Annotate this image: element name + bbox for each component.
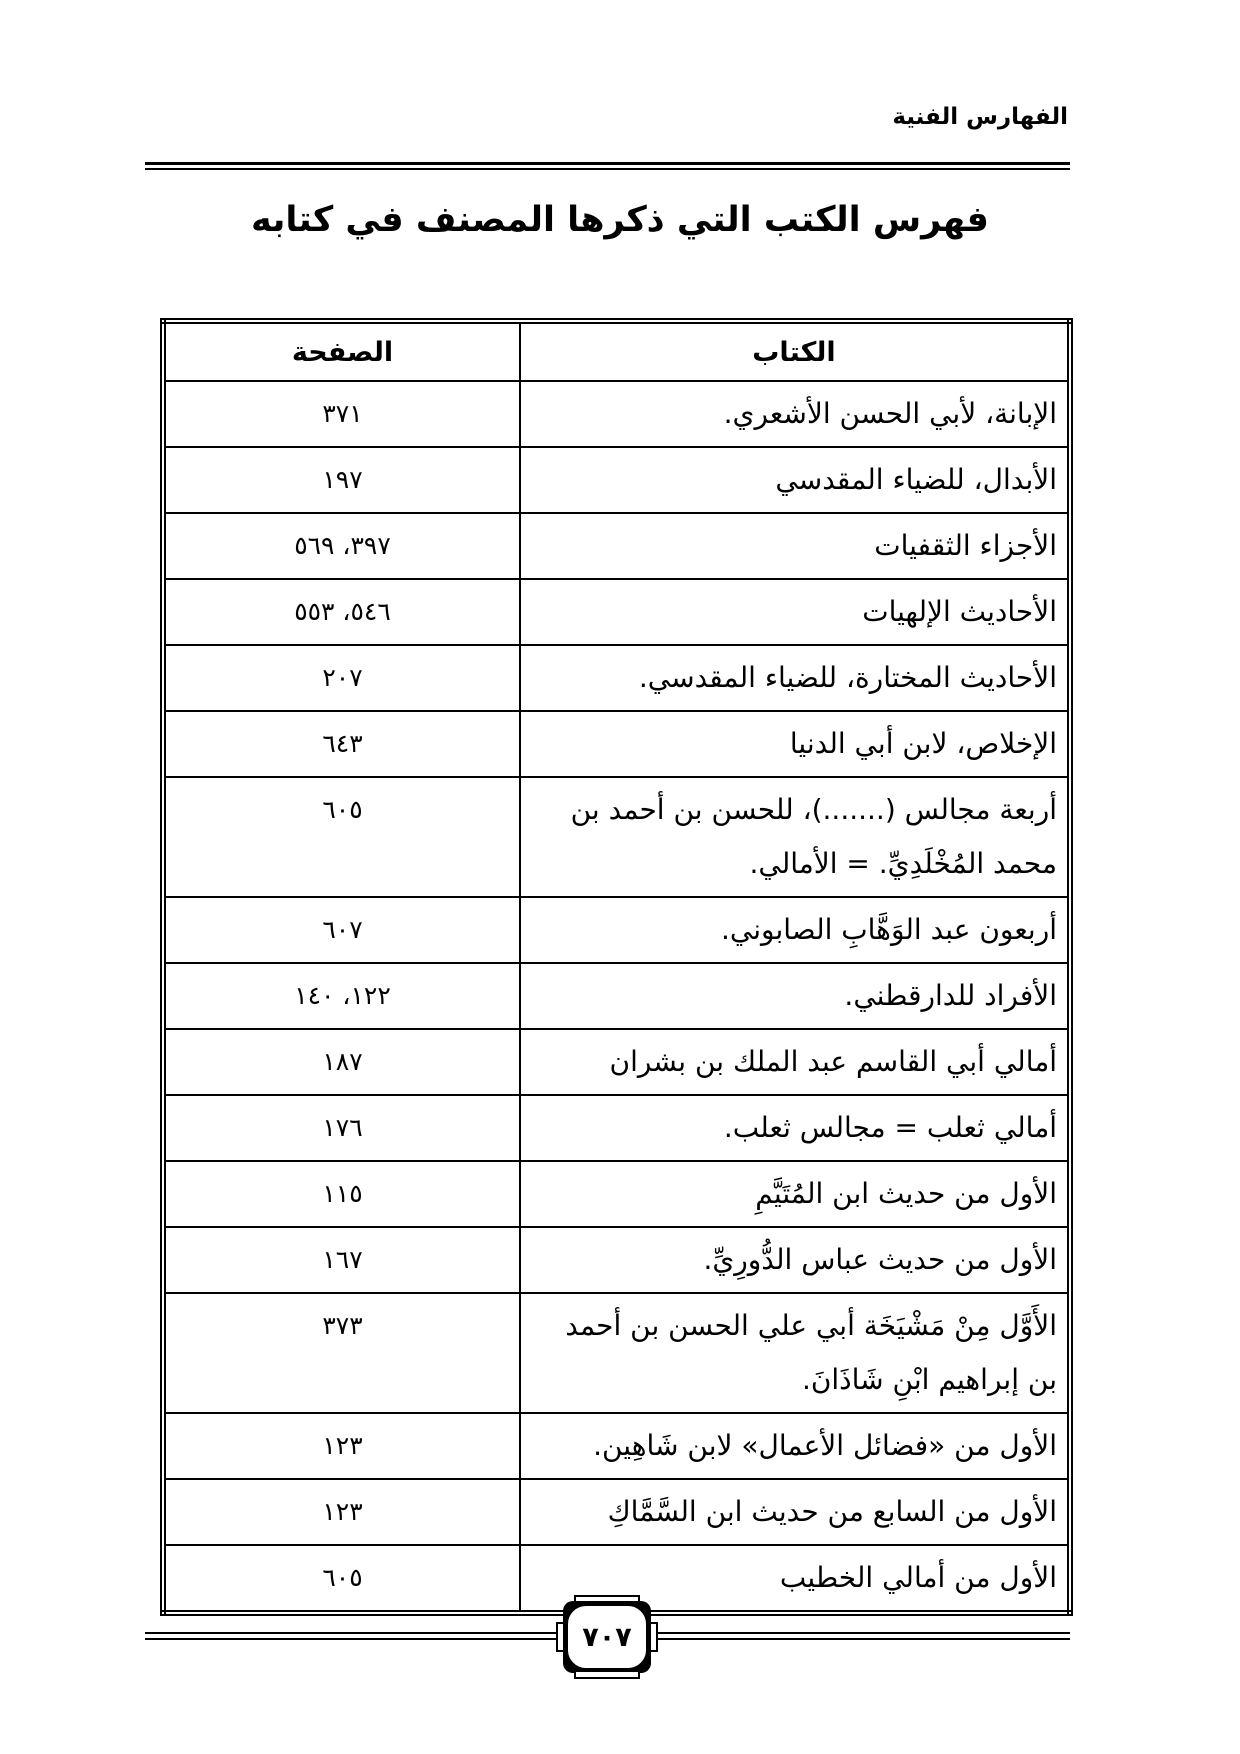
page-number-cell: ٦٤٣ — [163, 711, 520, 777]
book-title-cell: الأفراد للدارقطني. — [520, 963, 1070, 1029]
ornament-bottom-tab — [574, 1670, 640, 1679]
page-number-cell: ٣٩٧، ٥٦٩ — [163, 513, 520, 579]
table-row: الأجزاء الثقفيات ٣٩٧، ٥٦٩ — [163, 513, 1070, 579]
books-index-table: الكتاب الصفحة الإبانة، لأبي الحسن الأشعر… — [160, 318, 1073, 1616]
table-row: الإخلاص، لابن أبي الدنيا ٦٤٣ — [163, 711, 1070, 777]
page-number-cell: ٥٤٦، ٥٥٣ — [163, 579, 520, 645]
page-number-cell: ١٢٣ — [163, 1479, 520, 1545]
book-title-cell: الأول من حديث ابن المُتَيَّمِ — [520, 1161, 1070, 1227]
table-row: الأفراد للدارقطني. ١٢٢، ١٤٠ — [163, 963, 1070, 1029]
table-row: الأول من حديث ابن المُتَيَّمِ ١١٥ — [163, 1161, 1070, 1227]
page-number-ornament: ٧٠٧ — [561, 1599, 653, 1675]
page-title: فهرس الكتب التي ذكرها المصنف في كتابه — [0, 200, 1240, 240]
table-header-row: الكتاب الصفحة — [163, 321, 1070, 381]
page-number-cell: ١٨٧ — [163, 1029, 520, 1095]
table-row: أربعة مجالس (.......)، للحسن بن أحمد بن … — [163, 777, 1070, 897]
table-row: أمالي أبي القاسم عبد الملك بن بشران ١٨٧ — [163, 1029, 1070, 1095]
page-number-cell: ٢٠٧ — [163, 645, 520, 711]
table-row: الأبدال، للضياء المقدسي ١٩٧ — [163, 447, 1070, 513]
table-row: الإبانة، لأبي الحسن الأشعري. ٣٧١ — [163, 381, 1070, 447]
table-row: الأول من حديث عباس الدُّورِيِّ. ١٦٧ — [163, 1227, 1070, 1293]
page-number-cell: ١٢٣ — [163, 1413, 520, 1479]
table-body: الإبانة، لأبي الحسن الأشعري. ٣٧١ الأبدال… — [163, 381, 1070, 1613]
table-row: أمالي ثعلب = مجالس ثعلب. ١٧٦ — [163, 1095, 1070, 1161]
book-title-cell: الأحاديث المختارة، للضياء المقدسي. — [520, 645, 1070, 711]
book-title-cell: الأَوَّل مِنْ مَشْيَخَة أبي علي الحسن بن… — [520, 1293, 1070, 1413]
page-number-cell: ١٩٧ — [163, 447, 520, 513]
column-header-book: الكتاب — [520, 321, 1070, 381]
book-title-cell: الأبدال، للضياء المقدسي — [520, 447, 1070, 513]
page-number-cell: ٦٠٧ — [163, 897, 520, 963]
page-number-cell: ٦٠٥ — [163, 1545, 520, 1613]
book-title-cell: أمالي ثعلب = مجالس ثعلب. — [520, 1095, 1070, 1161]
book-title-cell: أربعون عبد الوَهَّابِ الصابوني. — [520, 897, 1070, 963]
book-title-cell: الإبانة، لأبي الحسن الأشعري. — [520, 381, 1070, 447]
table-row: الأول من «فضائل الأعمال» لابن شَاهِين. ١… — [163, 1413, 1070, 1479]
page-number-cell: ١١٥ — [163, 1161, 520, 1227]
page-number-cell: ١٧٦ — [163, 1095, 520, 1161]
book-title-cell: الإخلاص، لابن أبي الدنيا — [520, 711, 1070, 777]
table-row: أربعون عبد الوَهَّابِ الصابوني. ٦٠٧ — [163, 897, 1070, 963]
book-title-cell: الأجزاء الثقفيات — [520, 513, 1070, 579]
page-number-cell: ٣٧١ — [163, 381, 520, 447]
book-title-cell: الأول من حديث عباس الدُّورِيِّ. — [520, 1227, 1070, 1293]
book-title-cell: الأول من «فضائل الأعمال» لابن شَاهِين. — [520, 1413, 1070, 1479]
page-number-cell: ١٢٢، ١٤٠ — [163, 963, 520, 1029]
column-header-page: الصفحة — [163, 321, 520, 381]
page-number-cell: ٦٠٥ — [163, 777, 520, 897]
table-row: الأَوَّل مِنْ مَشْيَخَة أبي علي الحسن بن… — [163, 1293, 1070, 1413]
book-title-cell: أمالي أبي القاسم عبد الملك بن بشران — [520, 1029, 1070, 1095]
ornament-body: ٧٠٧ — [563, 1601, 651, 1673]
table-row: الأحاديث الإلهيات ٥٤٦، ٥٥٣ — [163, 579, 1070, 645]
book-title-cell: أربعة مجالس (.......)، للحسن بن أحمد بن … — [520, 777, 1070, 897]
book-title-cell: الأول من السابع من حديث ابن السَّمَّاكِ — [520, 1479, 1070, 1545]
table-row: الأول من السابع من حديث ابن السَّمَّاكِ … — [163, 1479, 1070, 1545]
book-page: الفهارس الفنية فهرس الكتب التي ذكرها الم… — [0, 0, 1240, 1754]
header-double-rule — [145, 162, 1070, 170]
page-number-cell: ١٦٧ — [163, 1227, 520, 1293]
table-row: الأحاديث المختارة، للضياء المقدسي. ٢٠٧ — [163, 645, 1070, 711]
page-number: ٧٠٧ — [566, 1604, 648, 1670]
running-head: الفهارس الفنية — [892, 104, 1068, 130]
book-title-cell: الأحاديث الإلهيات — [520, 579, 1070, 645]
page-number-cell: ٣٧٣ — [163, 1293, 520, 1413]
